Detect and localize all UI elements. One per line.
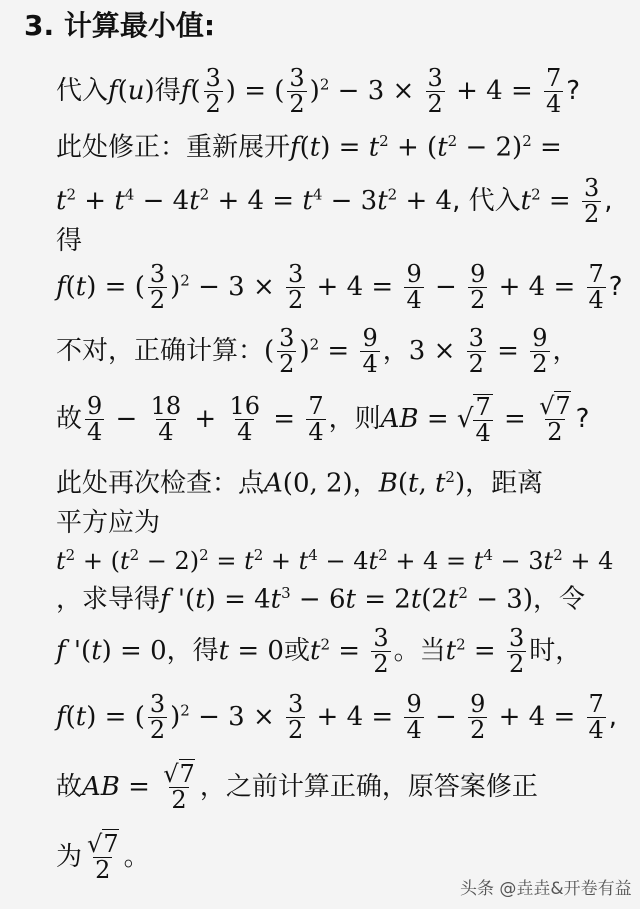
document-page: 3. 计算最小值: 代入f(u)得f(32) = (32)2 − 3 × 32 … (0, 0, 640, 909)
equation-line-14: 故AB = √72，之前计算正确，原答案修正 (56, 762, 538, 813)
section-heading: 3. 计算最小值: (24, 12, 215, 40)
equation-line-5: f(t) = (32)2 − 3 × 32 + 4 = 94 − 92 + 4 … (56, 262, 623, 313)
equation-line-8: 此处再次检查：点A(0, 2)，B(t, t2)，距离 (56, 470, 543, 497)
equation-line-3: t2 + t4 − 4t2 + 4 = t4 − 3t2 + 4, 代入t2 =… (56, 176, 613, 227)
equation-line-2: 此处修正：重新展开f(t) = t2 + (t2 − 2)2 = (56, 134, 562, 161)
text-line-9: 平方应为 (56, 510, 160, 536)
text-line-4: 得 (56, 228, 82, 254)
equation-line-13: f(t) = (32)2 − 3 × 32 + 4 = 94 − 92 + 4 … (56, 692, 617, 743)
equation-line-11: ，求导得f '(t) = 4t3 − 6t = 2t(2t2 − 3)，令 (56, 586, 585, 613)
equation-line-1: 代入f(u)得f(32) = (32)2 − 3 × 32 + 4 = 74? (56, 66, 580, 117)
watermark: 头条 @垚垚&开卷有益 (460, 874, 632, 899)
equation-line-15: 为√72。 (56, 832, 150, 883)
equation-line-10: t2 + (t2 − 2)2 = t2 + t4 − 4t2 + 4 = t4 … (56, 548, 613, 573)
equation-line-12: f '(t) = 0，得t = 0或t2 = 32。当t2 = 32时， (56, 626, 581, 677)
equation-line-7: 故94 − 184 + 164 = 74，则AB = √74 = √72? (56, 394, 589, 446)
equation-line-6: 不对，正确计算：(32)2 = 94，3 × 32 = 92， (56, 326, 579, 377)
